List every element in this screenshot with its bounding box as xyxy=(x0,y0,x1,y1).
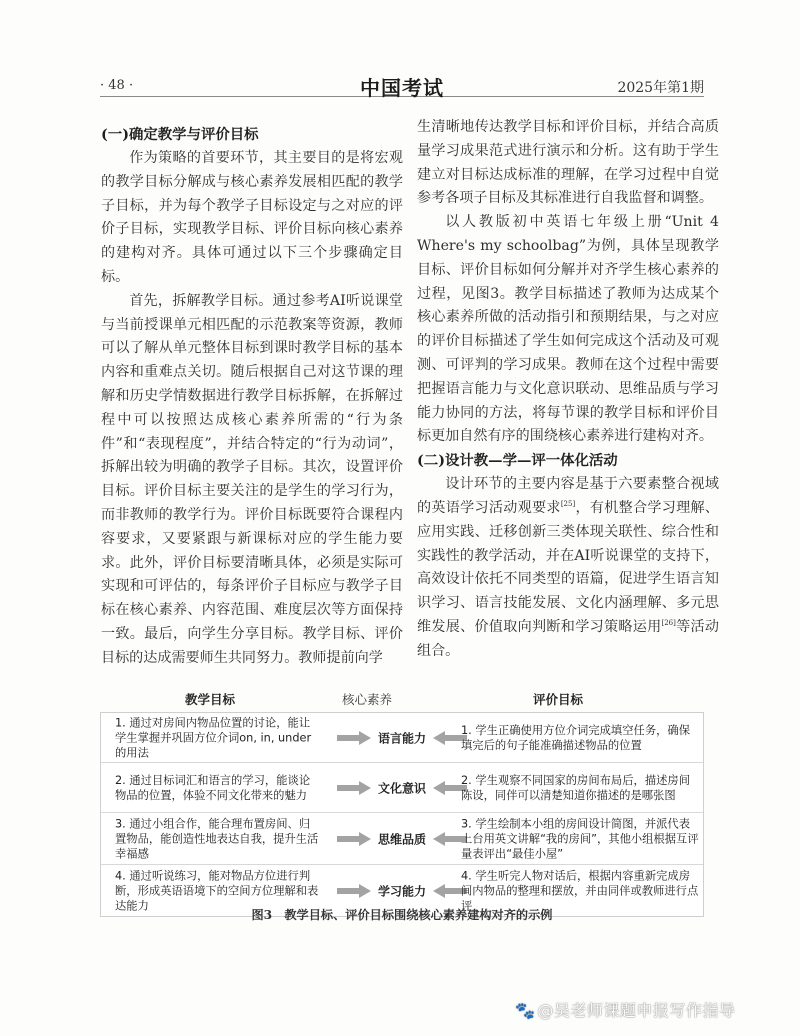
core-literacy-cell: 文化意识 xyxy=(371,779,433,796)
figure-3: 教学目标 核心素养 评价目标 1. 通过对房间内物品位置的讨论，能让学生掌握并巩… xyxy=(100,690,704,917)
core-literacy-cell: 学习能力 xyxy=(371,882,433,899)
figure-table: 1. 通过对房间内物品位置的讨论，能让学生掌握并巩固方位介词on, in, un… xyxy=(100,712,704,917)
citation-ref: [25] xyxy=(561,500,575,508)
evaluation-goal-cell: 2. 学生观察不同国家的房间布局后，描述房间陈设，同伴可以清楚知道你描述的是哪张… xyxy=(461,773,699,803)
teaching-goal-cell: 1. 通过对房间内物品位置的讨论，能让学生掌握并巩固方位介词on, in, un… xyxy=(115,715,320,760)
watermark-text: @吴老师课题申报写作指导 xyxy=(537,1001,735,1020)
paragraph: 设计环节的主要内容是基于六要素整合视域的英语学习活动观要求[25]，有机整合学习… xyxy=(417,473,719,663)
evaluation-goal-cell: 1. 学生正确使用方位介词完成填空任务，确保填完后的句子能准确描述物品的位置 xyxy=(461,723,699,753)
journal-title: 中国考试 xyxy=(100,72,704,101)
watermark: 🐾@吴老师课题申报写作指导 xyxy=(515,998,735,1021)
text-span: ，有机整合学习理解、应用实践、迁移创新三类体现关联性、综合性和实践性的教学活动，… xyxy=(417,500,719,635)
header-core-literacy: 核心素养 xyxy=(342,690,392,708)
figure-row: 2. 通过目标词汇和语言的学习，能谈论物品的位置，体验不同文化带来的魅力 文化意… xyxy=(101,763,703,813)
core-literacy-cell: 语言能力 xyxy=(371,729,433,746)
arrow-right-icon xyxy=(337,884,371,898)
paw-icon: 🐾 xyxy=(515,1001,535,1020)
left-column: (一)确定教学与评价目标 作为策略的首要环节，其主要目的是将宏观的教学目标分解成… xyxy=(101,123,403,671)
issue-label: 2025年第1期 xyxy=(617,77,704,97)
teaching-goal-cell: 3. 通过小组合作，能合理布置房间、归置物品，能创造性地表达自我，提升生活幸福感 xyxy=(115,816,320,861)
figure-caption: 图3 教学目标、评价目标围绕核心素养建构对齐的示例 xyxy=(100,906,704,923)
paragraph: 以人教版初中英语七年级上册“Unit 4 Where's my schoolba… xyxy=(417,211,719,449)
evaluation-goal-cell: 3. 学生绘制本小组的房间设计简图，并派代表上台用英文讲解“我的房间”，其他小组… xyxy=(461,816,699,861)
figure-row: 3. 通过小组合作，能合理布置房间、归置物品，能创造性地表达自我，提升生活幸福感… xyxy=(101,813,703,865)
teaching-goal-cell: 2. 通过目标词汇和语言的学习，能谈论物品的位置，体验不同文化带来的魅力 xyxy=(115,773,320,803)
section-heading-1: (一)确定教学与评价目标 xyxy=(101,123,403,147)
right-column: 生清晰地传达教学目标和评价目标，并结合高质量学习成果范式进行演示和分析。这有助于… xyxy=(417,116,719,664)
paragraph-continuation: 生清晰地传达教学目标和评价目标，并结合高质量学习成果范式进行演示和分析。这有助于… xyxy=(417,116,719,211)
section-heading-2: (二)设计教—学—评一体化活动 xyxy=(417,449,719,473)
citation-ref: [26] xyxy=(661,619,675,627)
figure-column-headers: 教学目标 核心素养 评价目标 xyxy=(100,690,704,712)
figure-row: 1. 通过对房间内物品位置的讨论，能让学生掌握并巩固方位介词on, in, un… xyxy=(101,713,703,763)
paragraph: 首先，拆解教学目标。通过参考AI听说课堂与当前授课单元相匹配的示范教案等资源，教… xyxy=(101,290,403,671)
core-literacy-cell: 思维品质 xyxy=(371,830,433,847)
arrow-right-icon xyxy=(337,832,371,846)
page-header: · 48 · 中国考试 2025年第1期 xyxy=(100,66,704,97)
header-teaching-goal: 教学目标 xyxy=(185,690,235,708)
header-evaluation-goal: 评价目标 xyxy=(533,690,583,708)
arrow-right-icon xyxy=(337,731,371,745)
arrow-right-icon xyxy=(337,781,371,795)
paragraph: 作为策略的首要环节，其主要目的是将宏观的教学目标分解成与核心素养发展相匹配的教学… xyxy=(101,147,403,290)
